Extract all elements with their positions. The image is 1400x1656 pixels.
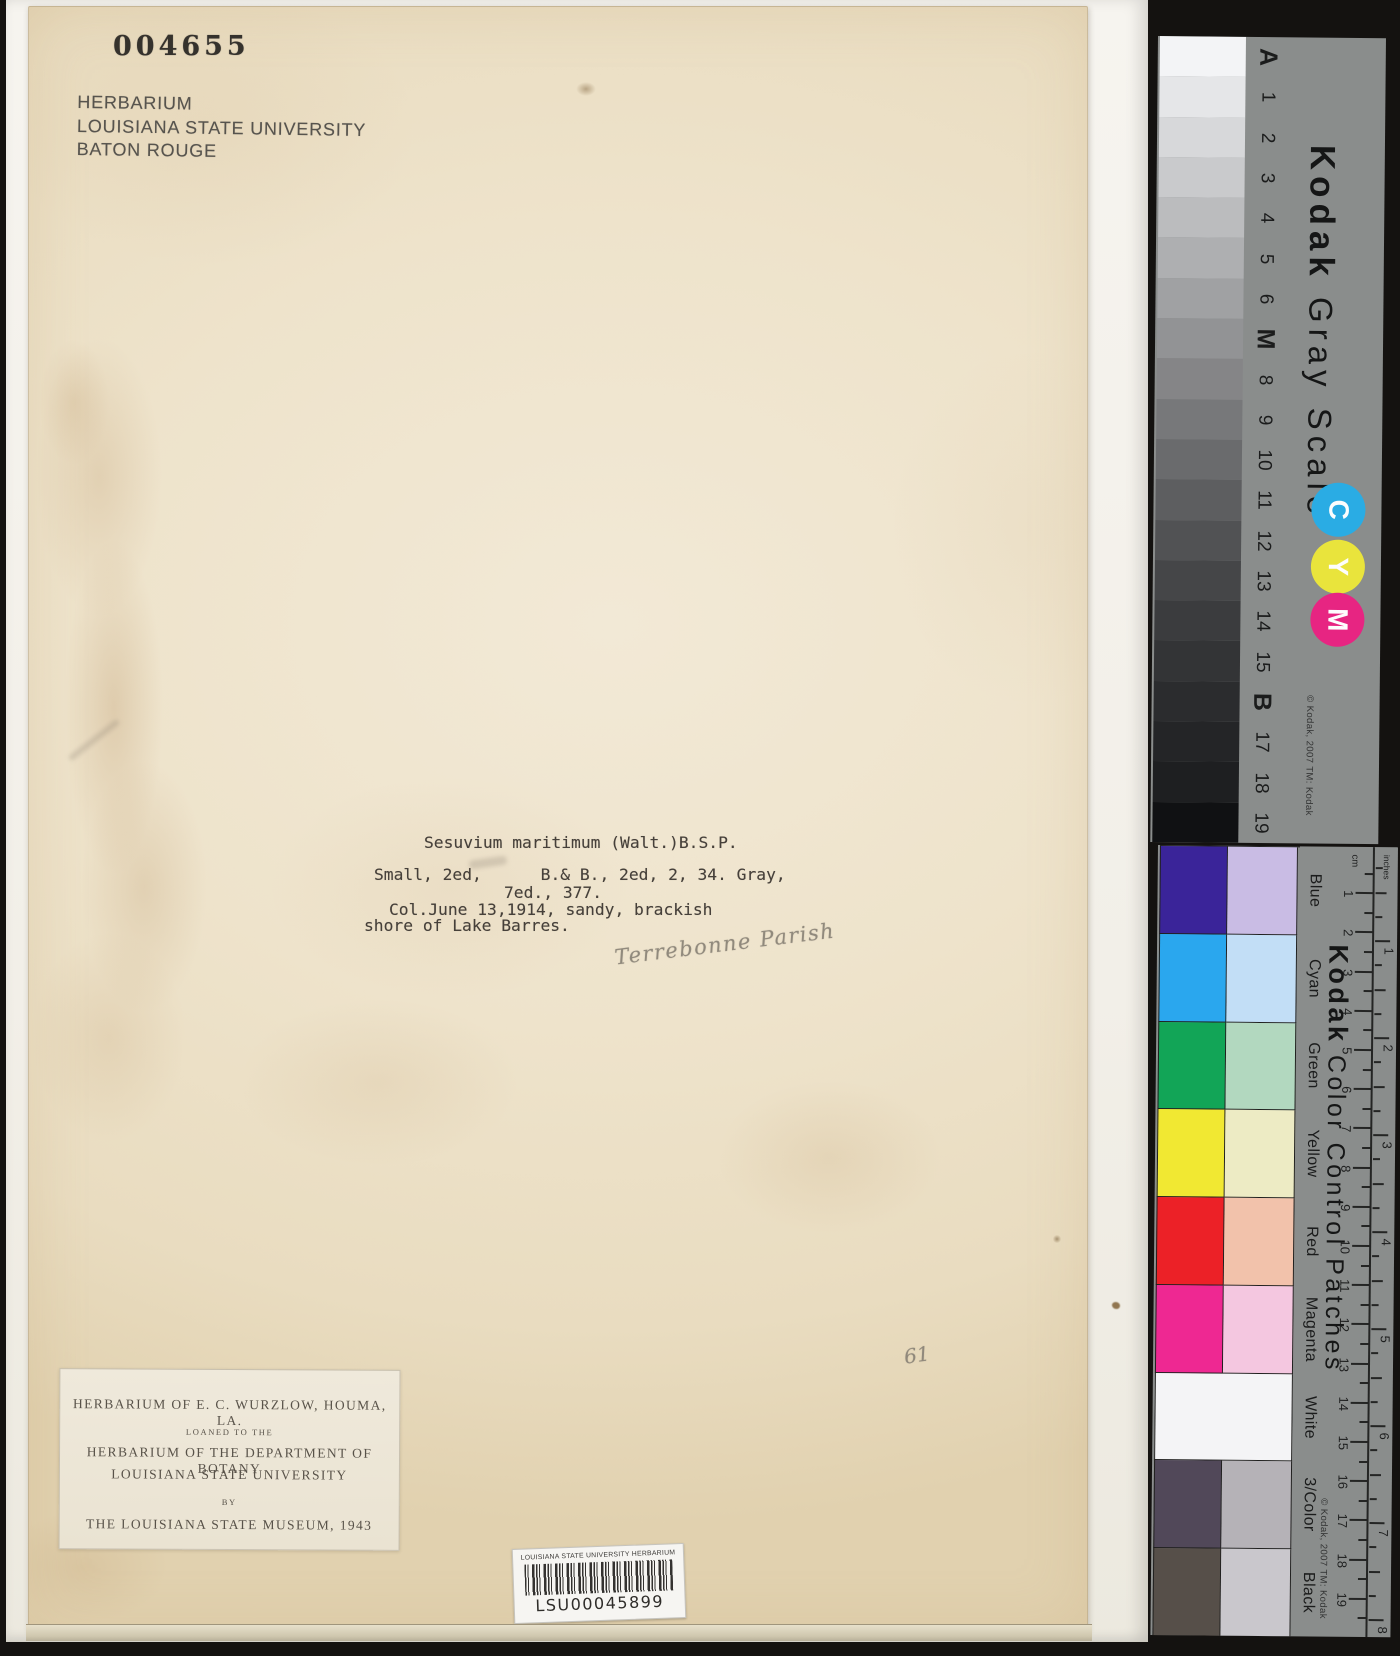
typed-collection-line2: shore of Lake Barres. [364,916,570,935]
cym-letter-Y: Y [1322,557,1354,576]
stamp-line-city: BATON ROUGE [77,138,367,166]
cm-half-tick [1360,1382,1369,1384]
inch-tick-4 [1372,1231,1387,1233]
inch-half-tick [1375,989,1386,991]
gray-step-label-17: 17 [1250,732,1272,753]
gray-step-label-3: 3 [1256,173,1278,184]
cm-half-tick [1363,1069,1372,1071]
kodak-color-control-card: BlueCyanGreenYellowRedMagentaWhite3/Colo… [1150,845,1398,1637]
gray-step-label-10: 10 [1253,450,1275,471]
cym-dot-M: M [1310,592,1365,647]
inch-half-tick [1370,1474,1381,1476]
gray-scale-title: Kodak Gray Scale [1298,145,1342,521]
cym-letter-C: C [1322,499,1354,520]
gray-patch-13 [1155,560,1241,601]
cm-tick-13 [1351,1362,1369,1364]
patch-Blue-solid [1159,846,1228,934]
cm-tick-5 [1354,1049,1372,1051]
gray-step-label-M: M [1250,329,1279,350]
accession-number-stamp: 004655 [113,31,250,62]
gray-patch-12 [1155,520,1241,561]
cm-number-9: 9 [1338,1204,1353,1211]
loan-label-owner: HERBARIUM OF E. C. WURZLOW, HOUMA, LA. [60,1396,399,1430]
gray-patch-11 [1155,479,1241,520]
inch-half-tick [1376,892,1387,894]
cm-half-tick [1364,990,1373,992]
inch-tick-1 [1375,940,1390,942]
barcode-icon [524,1559,673,1595]
inch-quarter-tick [1372,1255,1379,1257]
cm-half-tick [1362,1147,1371,1149]
pencil-parish-annotation: Terrebonne Parish [613,919,836,970]
patch-Red-tint [1224,1198,1295,1286]
cm-number-11: 11 [1337,1279,1352,1293]
cm-tick-7 [1353,1127,1371,1129]
cm-tick-19 [1349,1598,1367,1600]
cm-half-tick [1364,951,1373,953]
sheet-stack-edge [26,1624,1092,1641]
gray-step-label-15: 15 [1251,651,1273,672]
color-label-3/Color: 3/Color [1299,1478,1318,1533]
gray-step-label-19: 19 [1249,812,1271,833]
color-row-White [1154,1373,1295,1462]
cm-number-5: 5 [1339,1047,1354,1054]
cm-tick-2 [1355,931,1373,933]
loan-label-by: BY [60,1496,399,1508]
cm-half-tick [1360,1343,1369,1345]
gray-step-label-9: 9 [1253,414,1275,425]
color-row-Red [1156,1197,1297,1286]
cm-number-15: 15 [1336,1436,1351,1451]
inch-quarter-tick [1370,1498,1377,1500]
gray-step-label-5: 5 [1255,253,1277,264]
gray-patch-18 [1153,761,1239,802]
inch-number-5: 5 [1378,1336,1393,1343]
cm-tick-8 [1353,1166,1371,1168]
inch-tick-6 [1370,1425,1385,1427]
inch-tick-7 [1369,1522,1384,1524]
cm-number-6: 6 [1339,1086,1354,1093]
gray-step-label-18: 18 [1250,772,1272,793]
typed-species-name: Sesuvium maritimum (Walt.)B.S.P. [424,833,738,852]
cym-dot-C: C [1311,482,1366,537]
color-label-Cyan: Cyan [1305,959,1323,998]
cm-number-3: 3 [1340,969,1355,976]
loan-label-museum: THE LOUISIANA STATE MUSEUM, 1943 [60,1516,399,1534]
cm-half-tick [1363,1029,1372,1031]
pencil-number-annotation: 61 [902,1341,931,1368]
inch-quarter-tick [1371,1401,1378,1403]
inch-quarter-tick [1373,1110,1380,1112]
inch-number-2: 2 [1381,1045,1396,1052]
inch-quarter-tick [1371,1352,1378,1354]
color-row-Yellow [1157,1109,1298,1198]
cm-tick-1 [1356,892,1374,894]
inch-quarter-tick [1370,1449,1377,1451]
inch-number-1: 1 [1381,948,1396,955]
herbarium-sheet: 004655 HERBARIUM LOUISIANA STATE UNIVERS… [28,6,1088,1632]
cm-tick-14 [1351,1402,1369,1404]
cm-tick-11 [1352,1284,1370,1286]
color-label-Blue: Blue [1305,873,1323,907]
inch-number-6: 6 [1377,1433,1392,1440]
cm-half-tick [1358,1578,1367,1580]
inch-quarter-tick [1374,1061,1381,1063]
cm-number-14: 14 [1336,1396,1351,1411]
gray-patch-15 [1154,640,1240,681]
inch-quarter-tick [1369,1595,1376,1597]
cm-half-tick [1362,1186,1371,1188]
color-row-Magenta [1155,1285,1296,1374]
color-label-White: White [1300,1395,1318,1438]
herbarium-ink-stamp: HERBARIUM LOUISIANA STATE UNIVERSITY BAT… [77,91,367,166]
inch-half-tick [1372,1280,1383,1282]
cm-tick-9 [1353,1206,1371,1208]
cm-tick-15 [1350,1441,1368,1443]
inch-quarter-tick [1375,964,1382,966]
loan-label-university: LOUISIANA STATE UNIVERSITY [60,1466,399,1484]
cm-unit-label: cm [1349,855,1360,868]
cm-half-tick [1359,1461,1368,1463]
loan-label-loaned-to: LOANED TO THE [60,1426,399,1438]
cm-number-18: 18 [1335,1553,1350,1568]
color-label-Black: Black [1299,1572,1317,1613]
cm-tick-6 [1354,1088,1372,1090]
gray-step-label-4: 4 [1255,213,1277,224]
inch-quarter-tick [1372,1304,1379,1306]
faint-edge-pencil-mark [68,719,121,762]
patch-Yellow-tint [1225,1110,1296,1198]
cm-half-tick [1358,1539,1367,1541]
patch-Magenta-tint [1223,1285,1294,1373]
color-row-Cyan [1158,934,1299,1023]
color-label-Yellow: Yellow [1303,1130,1321,1178]
cm-number-19: 19 [1334,1592,1349,1607]
cm-number-1: 1 [1341,890,1356,897]
kodak-brand-text: Kodak [1323,944,1354,1044]
patch-Black-solid [1152,1548,1221,1636]
cym-letter-M: M [1321,608,1353,632]
cm-tick-16 [1350,1480,1368,1482]
cm-half-tick [1359,1500,1368,1502]
patch-Green-solid [1157,1022,1226,1110]
cm-number-2: 2 [1341,930,1356,937]
gray-step-label-2: 2 [1256,132,1278,143]
gray-step-label-12: 12 [1252,530,1274,551]
gray-patch-2 [1159,117,1245,158]
color-row-3/Color [1153,1460,1294,1549]
gray-patch-B [1153,681,1239,722]
color-row-Black [1152,1548,1293,1637]
cm-number-8: 8 [1338,1165,1353,1172]
cm-half-tick [1361,1265,1370,1267]
gray-step-label-1: 1 [1256,92,1278,103]
patch-Black-tint [1220,1549,1291,1637]
color-row-Blue [1159,846,1300,935]
inch-half-tick [1371,1377,1382,1379]
patch-3/Color-tint [1221,1461,1292,1549]
barcode-label: LOUISIANA STATE UNIVERSITY HERBARIUM LSU… [512,1543,687,1624]
patch-Cyan-solid [1158,934,1227,1022]
gray-patch-5 [1158,237,1244,278]
gray-step-label-A: A [1253,48,1282,66]
gray-scale-step-labels: A123456M89101112131415B171819 [1238,37,1292,843]
cm-tick-4 [1354,1010,1372,1012]
typed-citation-line1: Small, 2ed, B.& B., 2ed, 2, 34. Gray, [374,865,786,884]
cm-half-tick [1362,1108,1371,1110]
cm-half-tick [1358,1617,1367,1619]
color-label-Red: Red [1302,1226,1320,1257]
gray-step-label-6: 6 [1254,294,1276,305]
gray-patch-4 [1158,197,1244,238]
patch-Blue-tint [1227,847,1298,935]
inch-quarter-tick [1369,1546,1376,1548]
cm-tick-12 [1351,1323,1369,1325]
inch-tick-5 [1371,1328,1386,1330]
gray-scale-patch-column [1152,36,1246,843]
debris-speck [1112,1302,1120,1309]
patch-Magenta-solid [1155,1285,1224,1373]
cm-number-4: 4 [1340,1008,1355,1015]
color-card-copyright: © Kodak, 2007 TM: Kodak [1317,1498,1329,1619]
gray-step-label-13: 13 [1252,570,1274,591]
gray-scale-copyright: © Kodak, 2007 TM: Kodak [1303,695,1315,816]
cm-number-7: 7 [1339,1126,1354,1133]
backing-board: 004655 HERBARIUM LOUISIANA STATE UNIVERS… [6,0,1148,1642]
gray-patch-9 [1156,399,1242,440]
cm-half-tick [1365,873,1374,875]
cm-number-13: 13 [1336,1357,1351,1372]
inch-quarter-tick [1376,867,1383,869]
cm-half-tick [1361,1304,1370,1306]
inch-tick-3 [1373,1134,1388,1136]
inch-quarter-tick [1375,916,1382,918]
cm-tick-10 [1352,1245,1370,1247]
gray-patch-M [1157,318,1243,359]
patch-Yellow-solid [1157,1109,1226,1197]
stamp-line-herbarium: HERBARIUM [77,91,367,119]
inch-half-tick [1373,1183,1384,1185]
cm-number-16: 16 [1335,1475,1350,1490]
patch-3/Color-solid [1153,1460,1222,1548]
cm-half-tick [1361,1225,1370,1227]
inches-unit-label: inches [1382,855,1392,880]
gray-step-label-B: B [1247,693,1276,711]
inch-number-7: 7 [1376,1530,1391,1537]
patch-White [1154,1373,1293,1462]
kodak-brand-text: Kodak [1302,145,1342,282]
gray-patch-8 [1157,358,1243,399]
inch-half-tick [1374,1086,1385,1088]
gray-patch-6 [1157,278,1243,319]
gray-patch-1 [1159,76,1245,117]
gray-step-label-8: 8 [1254,374,1276,385]
gray-patch-14 [1154,600,1240,641]
cm-tick-18 [1349,1558,1367,1560]
kodak-gray-scale-card: A123456M89101112131415B171819 Kodak Gray… [1150,36,1386,844]
inch-number-8: 8 [1375,1627,1390,1634]
cm-number-17: 17 [1335,1514,1350,1529]
patch-Red-solid [1156,1197,1225,1285]
inch-quarter-tick [1373,1207,1380,1209]
cm-half-tick [1364,912,1373,914]
gray-patch-A [1160,36,1246,77]
gray-step-label-14: 14 [1251,611,1273,632]
inch-quarter-tick [1373,1158,1380,1160]
gray-patch-10 [1156,439,1242,480]
color-label-Magenta: Magenta [1301,1297,1320,1362]
inch-number-3: 3 [1380,1142,1395,1149]
color-row-Green [1157,1022,1298,1111]
patch-Cyan-tint [1226,934,1297,1022]
cm-tick-3 [1355,970,1373,972]
cm-half-tick [1359,1421,1368,1423]
gray-step-label-11: 11 [1252,490,1274,510]
wurzlow-loan-label: HERBARIUM OF E. C. WURZLOW, HOUMA, LA. L… [59,1368,401,1551]
gray-patch-17 [1153,721,1239,762]
cm-tick-17 [1350,1519,1368,1521]
inch-number-4: 4 [1379,1239,1394,1246]
gray-patch-19 [1152,802,1238,843]
patch-Green-tint [1225,1022,1296,1110]
inch-quarter-tick [1374,1013,1381,1015]
inch-tick-2 [1374,1037,1389,1039]
inch-half-tick [1369,1571,1380,1573]
cm-number-12: 12 [1337,1318,1352,1333]
gray-patch-3 [1158,157,1244,198]
cym-dot-Y: Y [1311,539,1366,594]
color-label-Green: Green [1304,1043,1322,1090]
inch-tick-8 [1369,1619,1384,1621]
cm-number-10: 10 [1338,1240,1353,1255]
color-patch-rows [1152,845,1300,1637]
